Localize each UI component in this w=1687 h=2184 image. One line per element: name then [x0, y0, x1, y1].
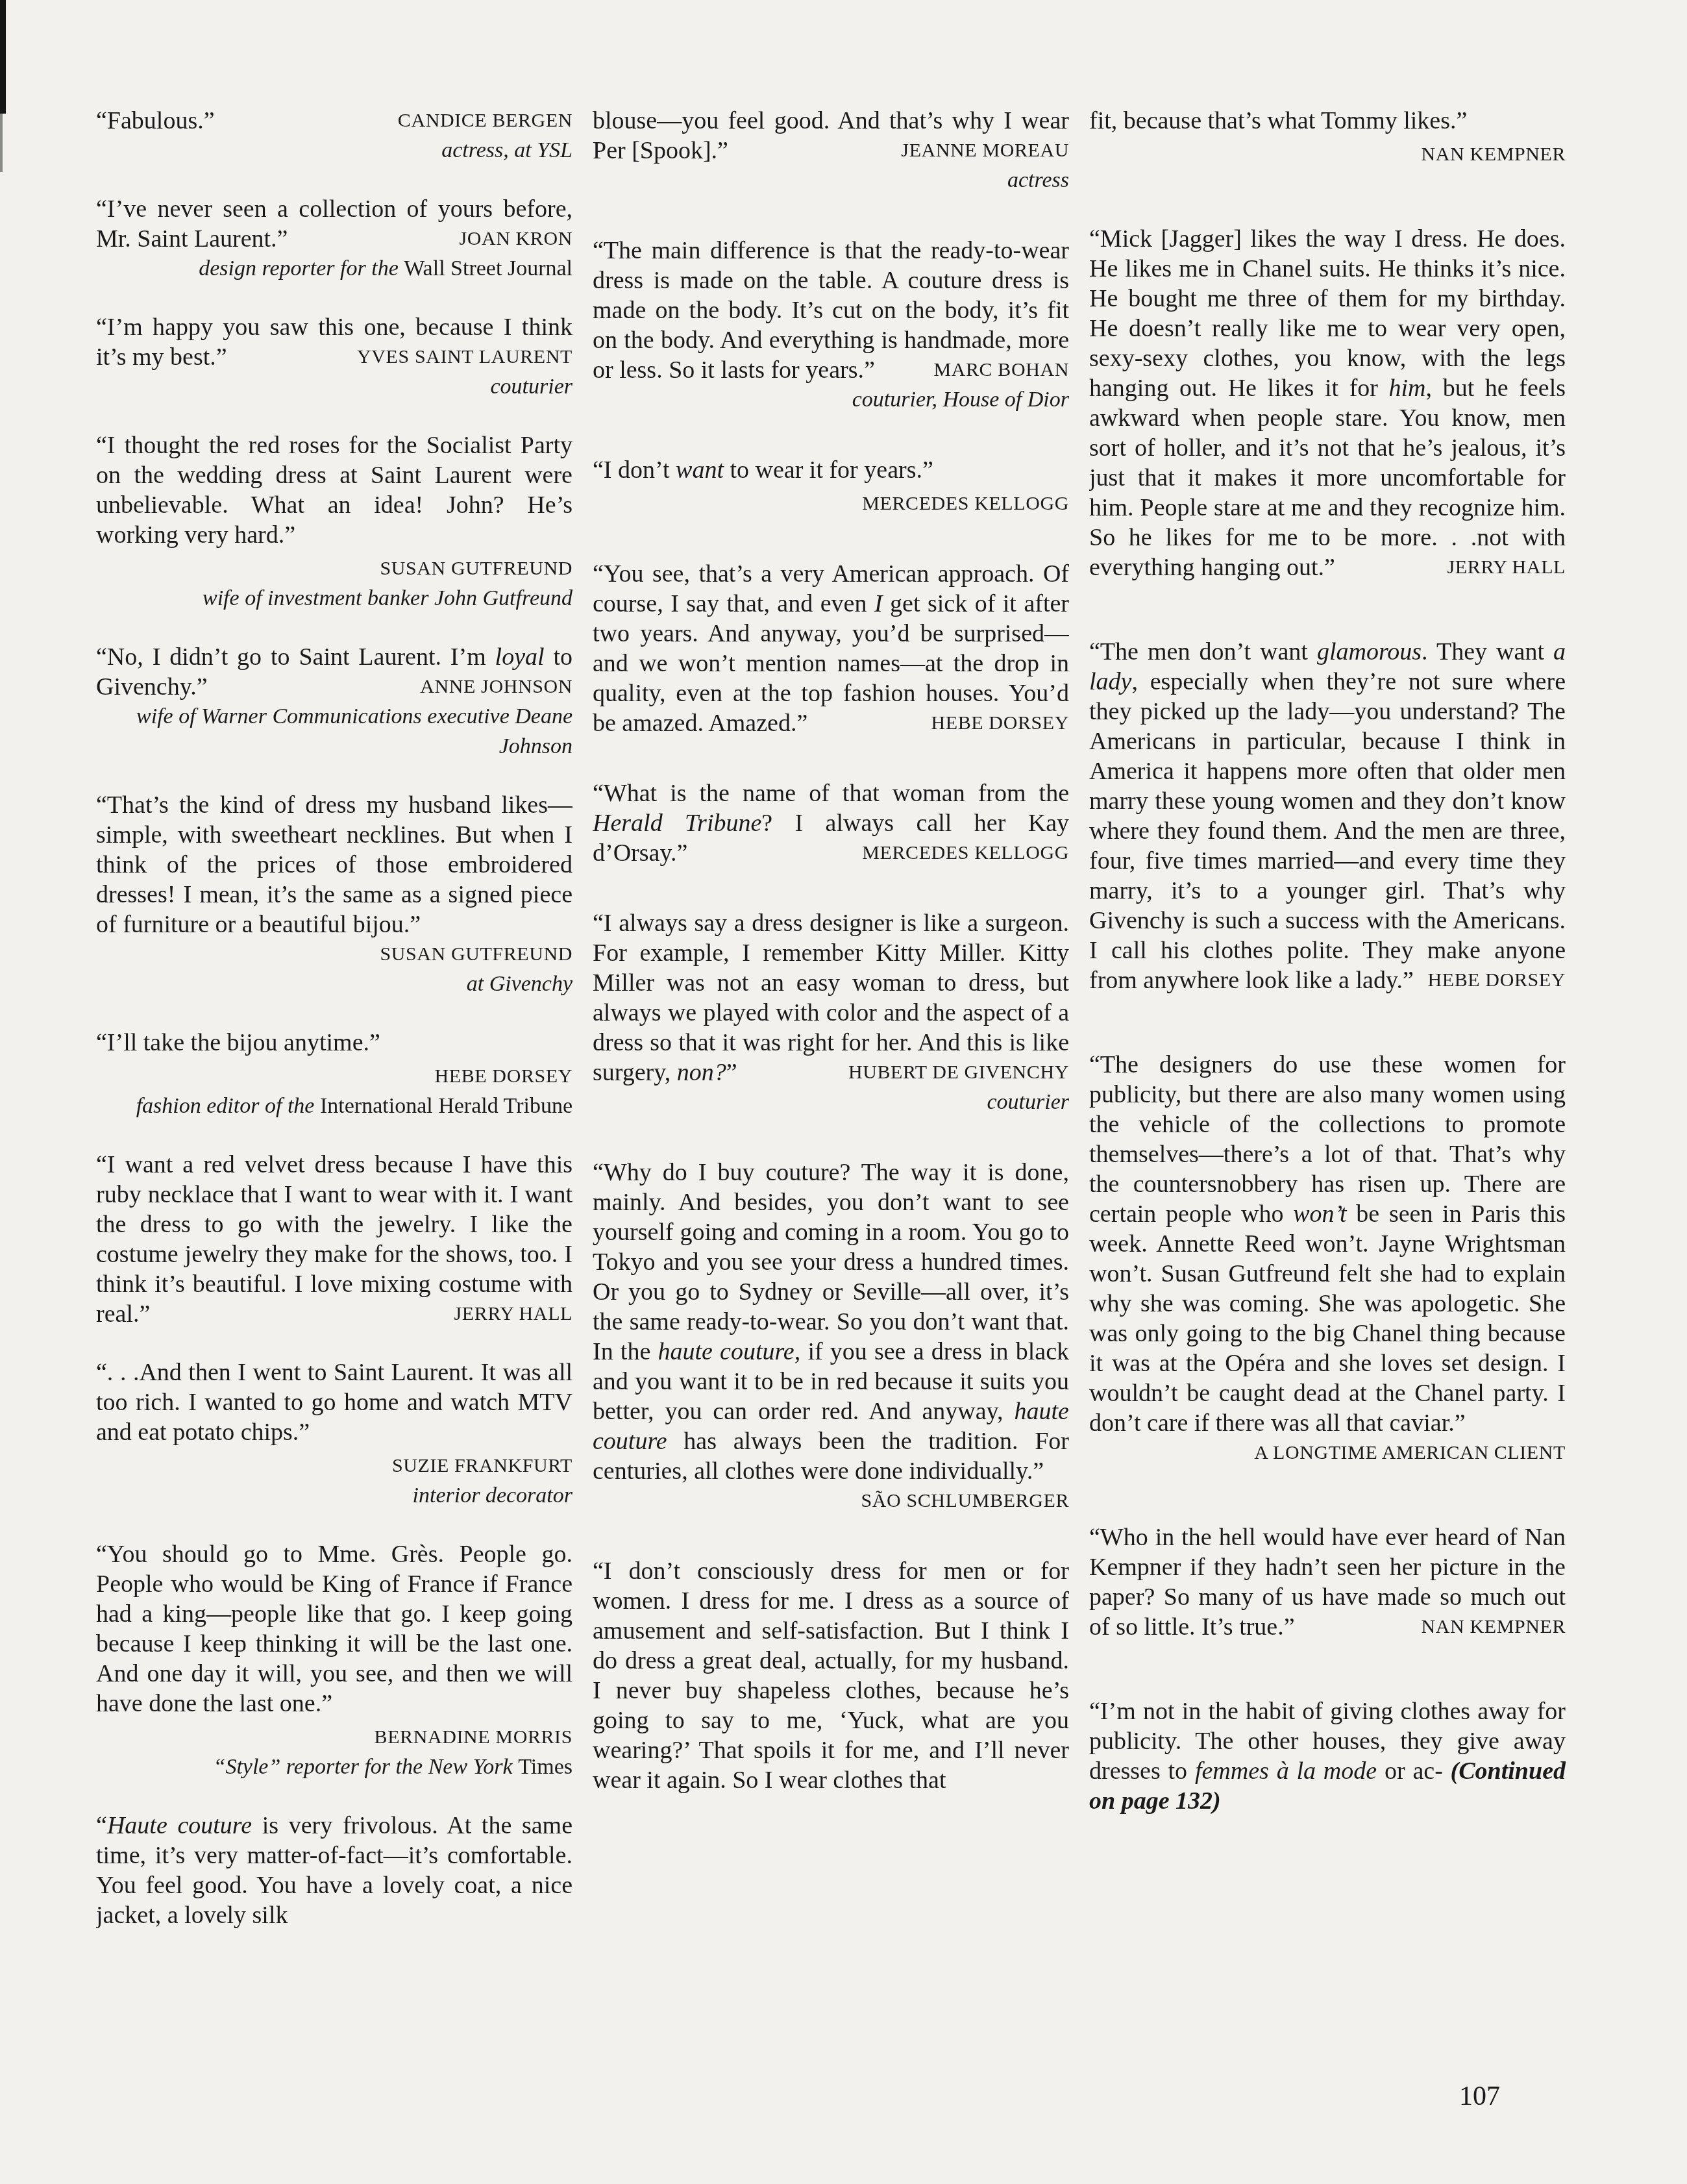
attribution-name: JOAN KRON — [447, 224, 573, 254]
quote-block: “I always say a dress designer is like a… — [593, 908, 1069, 1117]
attribution-name: ANNE JOHNSON — [408, 672, 573, 702]
attribution-name: JEANNE MOREAU — [889, 136, 1069, 166]
attribution-name: HEBE DORSEY — [96, 1061, 573, 1091]
attribution-name: HUBERT DE GIVENCHY — [837, 1058, 1069, 1087]
text-segment: International Herald Tribune — [320, 1094, 573, 1118]
quote-text: “I thought the red roses for the Sociali… — [96, 430, 573, 550]
attribution-name: MERCEDES KELLOGG — [593, 489, 1069, 519]
quote-block: “I’ll take the bijou anytime.”HEBE DORSE… — [96, 1028, 573, 1121]
attribution-descriptor: actress — [593, 166, 1069, 195]
attribution-name: MERCEDES KELLOGG — [850, 838, 1069, 868]
text-segment: Haute couture — [107, 1812, 252, 1839]
text-segment: “That’s the kind of dress my husband lik… — [96, 791, 573, 938]
quote-text: “I always say a dress designer is like a… — [593, 908, 1069, 1087]
text-segment: femmes à la mode — [1195, 1757, 1377, 1785]
text-segment: loyal — [495, 643, 545, 671]
text-segment: glamorous — [1317, 638, 1422, 665]
attribution-descriptor: wife of Warner Communications executive … — [96, 702, 573, 762]
scan-edge-artifact — [0, 0, 6, 114]
attribution-name: A LONGTIME AMERICAN CLIENT — [1242, 1438, 1566, 1468]
quote-text: “I don’t want to wear it for years.” — [593, 455, 1069, 485]
quote-block: “The designers do use these women for pu… — [1089, 1050, 1566, 1468]
quote-block: “I thought the red roses for the Sociali… — [96, 430, 573, 614]
quote-block: “I’m not in the habit of giving clothes … — [1089, 1696, 1566, 1816]
text-segment: “I’ll take the bijou anytime.” — [96, 1029, 380, 1056]
quote-block: “Why do I buy couture? The way it is don… — [593, 1158, 1069, 1516]
text-segment: , especially when they’re not sure where… — [1089, 668, 1566, 994]
text-segment: Times — [518, 1755, 573, 1779]
text-segment: “I thought the red roses for the Sociali… — [96, 432, 573, 549]
text-segment: fashion editor of the — [136, 1094, 320, 1118]
quote-block: “No, I didn’t go to Saint Laurent. I’m l… — [96, 642, 573, 762]
attribution-descriptor: couturier — [96, 372, 573, 402]
attribution-name: HEBE DORSEY — [1416, 965, 1566, 995]
quote-block: “The men don’t want glamorous. They want… — [1089, 637, 1566, 995]
quote-text: “Who in the hell would have ever heard o… — [1089, 1522, 1566, 1642]
quote-block: “Fabulous.”CANDICE BERGENactress, at YSL — [96, 106, 573, 166]
text-segment: wife of Warner Communications executive … — [136, 704, 573, 758]
attribution-name: SUSAN GUTFREUND — [96, 554, 573, 584]
quote-text: “I’m happy you saw this one, because I t… — [96, 312, 573, 372]
text-segment: actress — [1007, 168, 1069, 192]
quote-block: “What is the name of that woman from the… — [593, 778, 1069, 868]
attribution-name: NAN KEMPNER — [1089, 140, 1566, 169]
text-segment: to wear it for years.” — [724, 456, 933, 484]
text-segment: design reporter for the — [199, 256, 404, 280]
attribution-descriptor: interior decorator — [96, 1481, 573, 1511]
attribution-name: BERNADINE MORRIS — [96, 1722, 573, 1752]
text-segment: “I don’t consciously dress for men or fo… — [593, 1557, 1069, 1794]
text-segment: “Why do I buy couture? The way it is don… — [593, 1159, 1069, 1365]
quote-text: “I don’t consciously dress for men or fo… — [593, 1556, 1069, 1795]
attribution-descriptor: actress, at YSL — [96, 136, 573, 166]
scan-edge-artifact — [0, 114, 3, 172]
quote-text: “The men don’t want glamorous. They want… — [1089, 637, 1566, 995]
quote-block: “You should go to Mme. Grès. People go. … — [96, 1539, 573, 1782]
text-segment: “Fabulous.” — [96, 107, 215, 134]
text-segment: Herald Tribune — [593, 810, 761, 837]
quote-text: “The main difference is that the ready-t… — [593, 236, 1069, 385]
quote-text: “You see, that’s a very American approac… — [593, 559, 1069, 738]
quote-text: “Why do I buy couture? The way it is don… — [593, 1158, 1069, 1516]
text-segment: him — [1389, 375, 1426, 402]
quote-block: “Who in the hell would have ever heard o… — [1089, 1522, 1566, 1642]
quote-block: fit, because that’s what Tommy likes.”NA… — [1089, 106, 1566, 169]
quote-block: “I don’t want to wear it for years.”MERC… — [593, 455, 1069, 519]
text-segment: fit, because that’s what Tommy likes.” — [1089, 107, 1467, 134]
quote-text: “Fabulous.”CANDICE BERGEN — [96, 106, 573, 136]
text-segment: be seen in Paris this week. Annette Reed… — [1089, 1200, 1566, 1437]
text-segment: “The men don’t want — [1089, 638, 1317, 665]
attribution-descriptor: couturier, House of Dior — [593, 385, 1069, 415]
attribution-descriptor: couturier — [593, 1087, 1069, 1117]
text-segment: or ac- — [1377, 1757, 1450, 1785]
column-3: fit, because that’s what Tommy likes.”NA… — [1089, 106, 1566, 1870]
quote-text: fit, because that’s what Tommy likes.” — [1089, 106, 1566, 136]
text-segment: , but he feels awkward when people stare… — [1089, 375, 1566, 581]
text-segment: wife of investment banker John Gutfreund — [203, 586, 573, 610]
attribution-name: JERRY HALL — [443, 1299, 573, 1329]
text-segment: couturier — [490, 375, 573, 399]
text-segment: Wall Street Journal — [404, 256, 573, 280]
text-segment: want — [676, 456, 724, 484]
quote-block: blouse—you feel good. And that’s why I w… — [593, 106, 1069, 195]
attribution-descriptor: at Givenchy — [96, 969, 573, 999]
quote-block: “That’s the kind of dress my husband lik… — [96, 790, 573, 999]
attribution-descriptor: “Style” reporter for the New York Times — [96, 1752, 573, 1782]
quote-block: “Mick [Jagger] likes the way I dress. He… — [1089, 224, 1566, 582]
attribution-descriptor: wife of investment banker John Gutfreund — [96, 584, 573, 614]
attribution-name: JERRY HALL — [1436, 552, 1566, 582]
quote-text: “The designers do use these women for pu… — [1089, 1050, 1566, 1468]
attribution-name: NAN KEMPNER — [1410, 1612, 1566, 1642]
attribution-descriptor: design reporter for the Wall Street Jour… — [96, 254, 573, 284]
column-1: “Fabulous.”CANDICE BERGENactress, at YSL… — [96, 106, 573, 1959]
quote-block: “. . .And then I went to Saint Laurent. … — [96, 1358, 573, 1511]
quote-block: “I’ve never seen a collection of yours b… — [96, 194, 573, 284]
text-segment: ” — [726, 1059, 737, 1086]
text-segment: won’t — [1293, 1200, 1346, 1228]
attribution-name: HEBE DORSEY — [920, 708, 1069, 738]
quote-text: “Mick [Jagger] likes the way I dress. He… — [1089, 224, 1566, 582]
text-segment: “. . .And then I went to Saint Laurent. … — [96, 1359, 573, 1446]
attribution-name: SÃO SCHLUMBERGER — [850, 1486, 1069, 1516]
text-segment: couturier, House of Dior — [852, 388, 1069, 412]
quote-block: “The main difference is that the ready-t… — [593, 236, 1069, 415]
text-segment: “I don’t — [593, 456, 676, 484]
text-segment: “ — [96, 1812, 107, 1839]
quote-text: “I’ll take the bijou anytime.” — [96, 1028, 573, 1058]
quote-text: “Haute couture is very frivolous. At the… — [96, 1811, 573, 1930]
column-2: blouse—you feel good. And that’s why I w… — [593, 106, 1069, 1835]
quote-block: “I don’t consciously dress for men or fo… — [593, 1556, 1069, 1795]
attribution-name: SUSAN GUTFREUND — [368, 939, 573, 969]
magazine-page: “Fabulous.”CANDICE BERGENactress, at YSL… — [0, 0, 1687, 2184]
quote-text: “I’ve never seen a collection of yours b… — [96, 194, 573, 254]
attribution-descriptor: fashion editor of the International Hera… — [96, 1091, 573, 1121]
text-segment: interior decorator — [413, 1483, 573, 1508]
quote-text: “No, I didn’t go to Saint Laurent. I’m l… — [96, 642, 573, 702]
quote-text: “I’m not in the habit of giving clothes … — [1089, 1696, 1566, 1816]
quote-text: “What is the name of that woman from the… — [593, 778, 1069, 868]
quote-block: “I’m happy you saw this one, because I t… — [96, 312, 573, 402]
quote-text: blouse—you feel good. And that’s why I w… — [593, 106, 1069, 166]
quote-text: “That’s the kind of dress my husband lik… — [96, 790, 573, 969]
text-segment: . They want — [1422, 638, 1553, 665]
text-segment: non? — [677, 1059, 726, 1086]
text-segment: “No, I didn’t go to Saint Laurent. I’m — [96, 643, 495, 671]
attribution-name: YVES SAINT LAURENT — [345, 342, 573, 372]
quote-text: “. . .And then I went to Saint Laurent. … — [96, 1358, 573, 1447]
attribution-name: CANDICE BERGEN — [386, 106, 573, 136]
page-number: 107 — [1459, 2081, 1500, 2111]
text-segment: couturier — [987, 1090, 1069, 1114]
quote-text: “I want a red velvet dress because I hav… — [96, 1150, 573, 1329]
quote-block: “Haute couture is very frivolous. At the… — [96, 1811, 573, 1930]
attribution-name: SUZIE FRANKFURT — [96, 1451, 573, 1481]
quote-block: “I want a red velvet dress because I hav… — [96, 1150, 573, 1329]
text-segment: haute couture — [658, 1338, 794, 1365]
text-segment: “You should go to Mme. Grès. People go. … — [96, 1541, 573, 1717]
text-segment: at Givenchy — [467, 972, 573, 996]
attribution-name: MARC BOHAN — [922, 355, 1069, 385]
text-segment: I — [874, 590, 883, 617]
quote-text: “You should go to Mme. Grès. People go. … — [96, 1539, 573, 1719]
quote-block: “You see, that’s a very American approac… — [593, 559, 1069, 738]
text-segment: “Style” reporter for the New York — [213, 1755, 518, 1779]
text-segment: “What is the name of that woman from the — [593, 780, 1069, 807]
text-segment: actress, at YSL — [441, 138, 573, 162]
